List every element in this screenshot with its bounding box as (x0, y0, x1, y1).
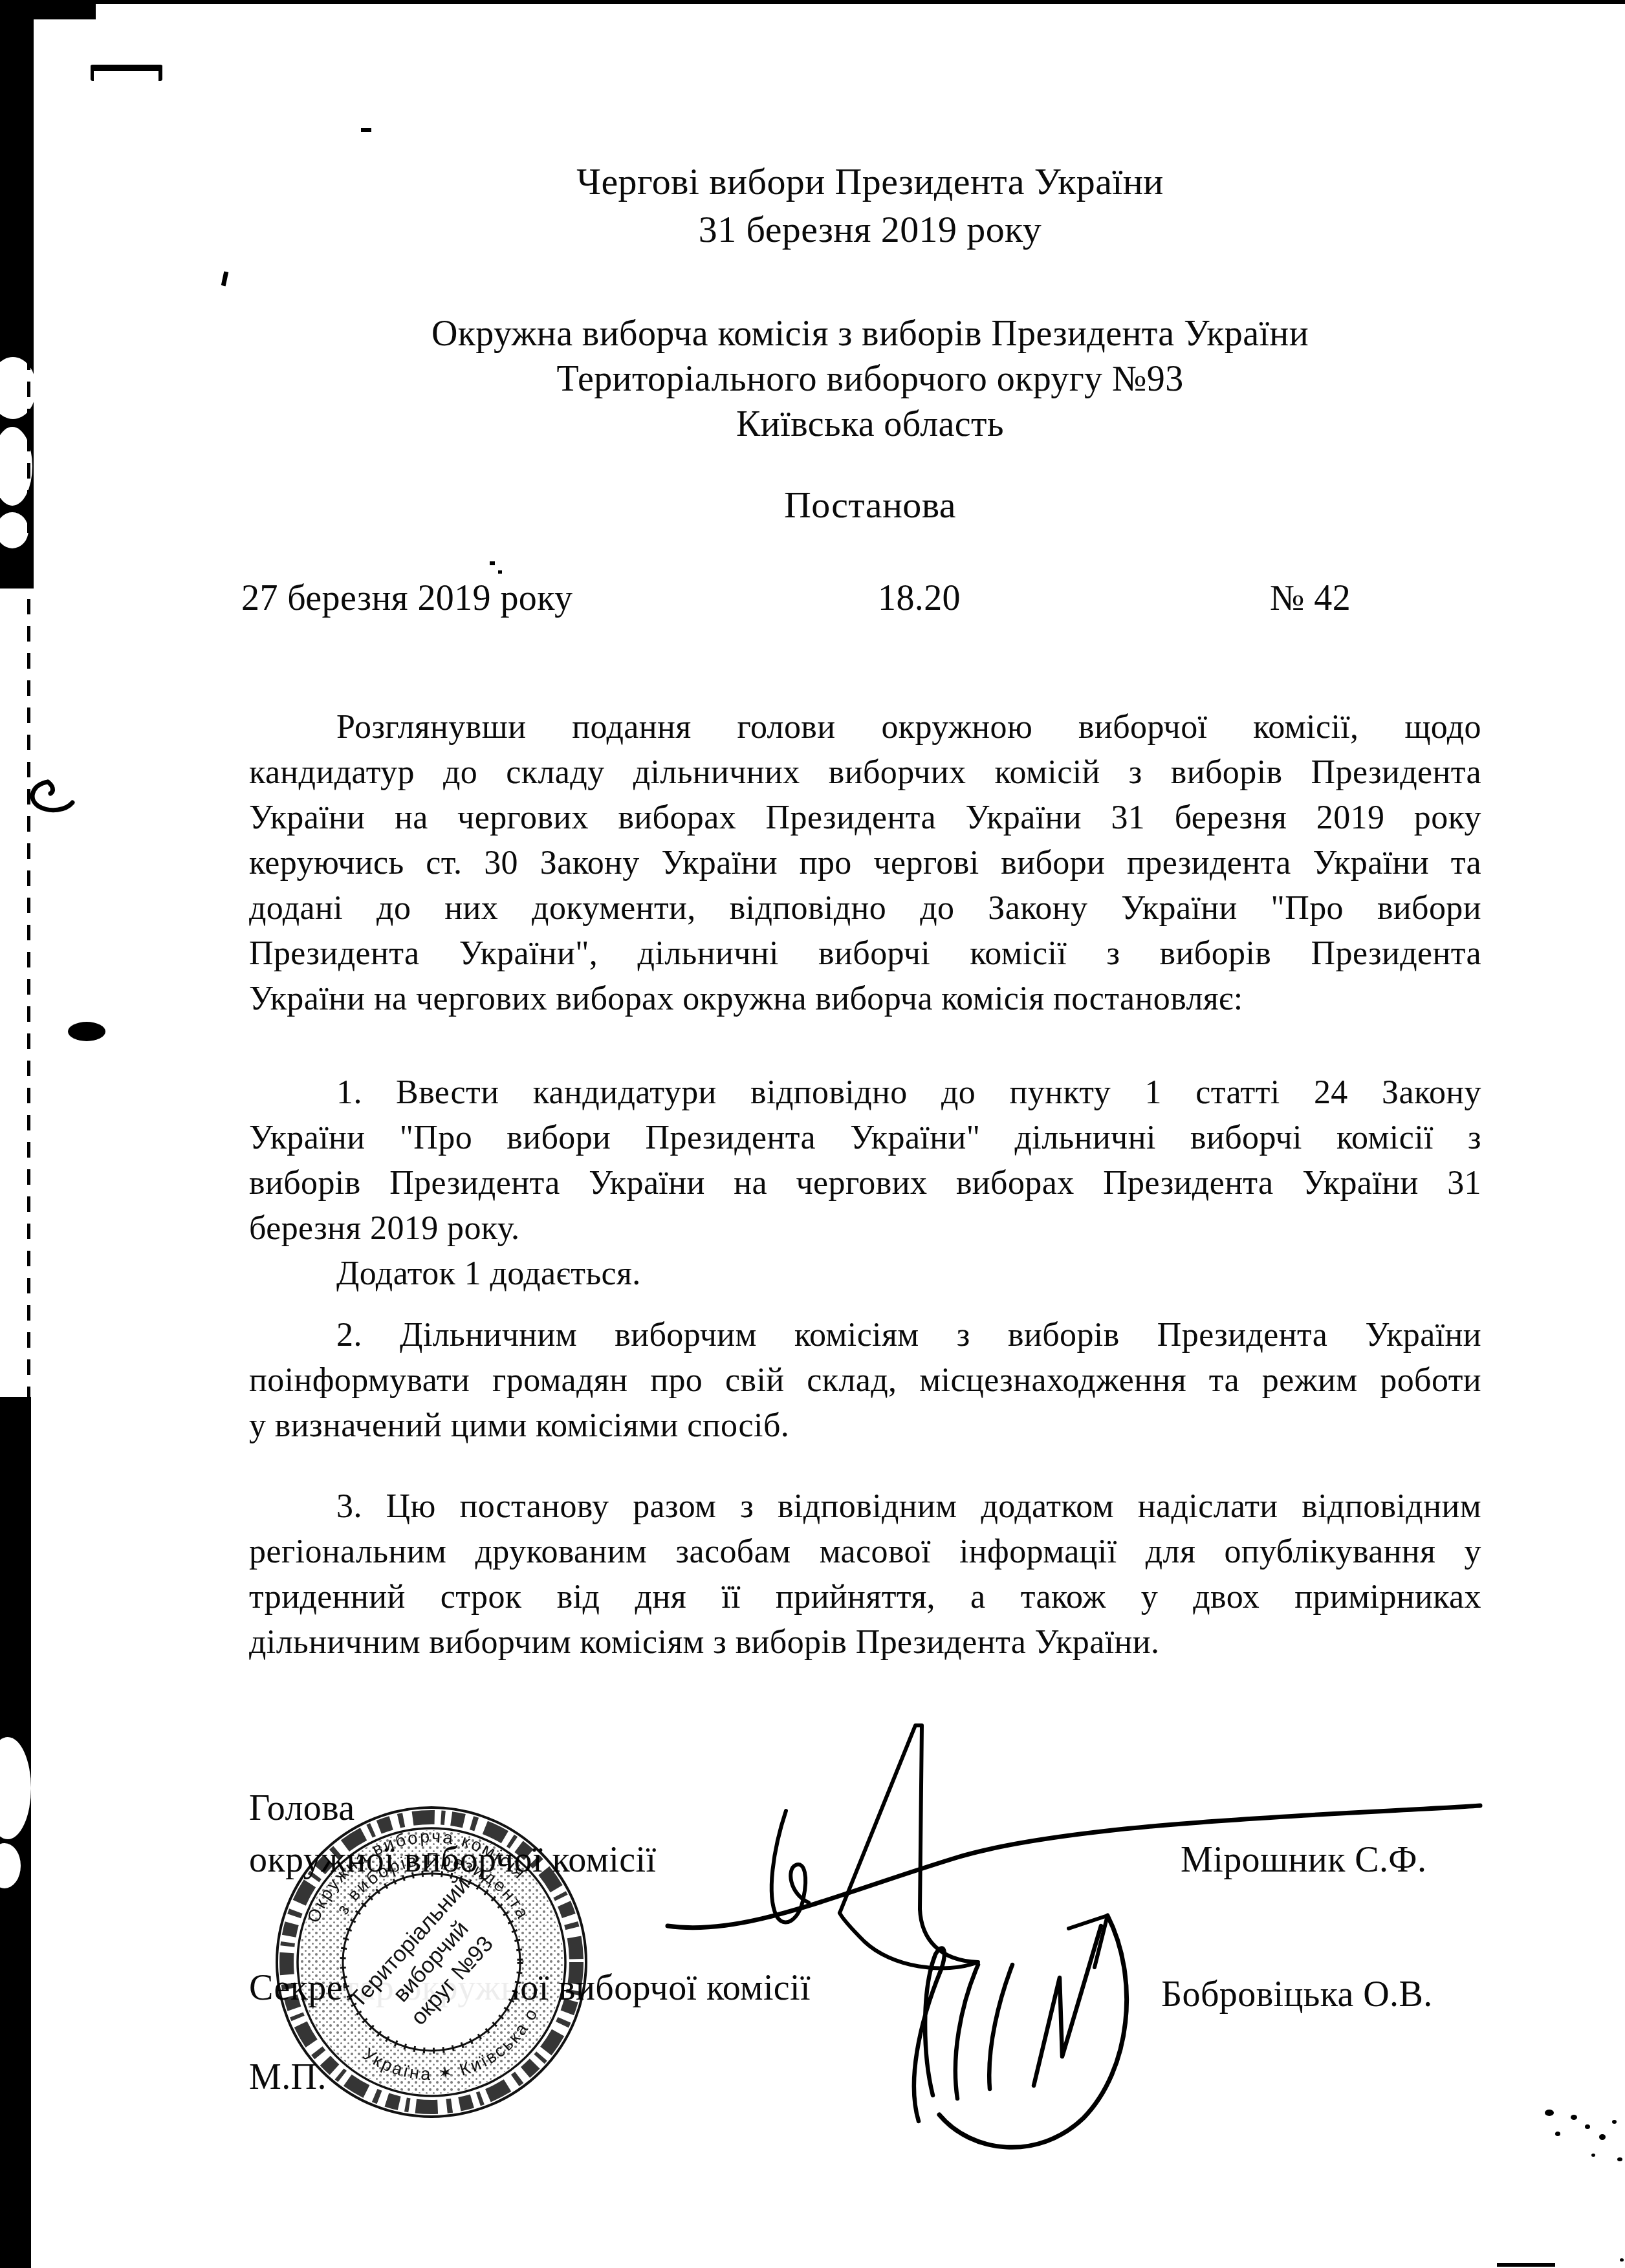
doc-time: 18.20 (878, 578, 961, 619)
scan-artifact-squiggle (26, 779, 78, 818)
scan-artifact-bottom-line (1497, 2263, 1555, 2267)
org-line-1: Окружна виборча комісія з виборів Презид… (249, 313, 1491, 354)
scan-artifact-speck-12 (1591, 2154, 1595, 2157)
doc-number: № 42 (1270, 578, 1351, 619)
item3-line-1: 3. Цю постанову разом з відповідним дода… (336, 1487, 1481, 1526)
scan-artifact-speck-3 (490, 561, 495, 565)
scan-artifact-speck-6 (1571, 2115, 1577, 2120)
para1-line-6: Президента України", дільничні виборчі к… (249, 934, 1481, 973)
item1-line-4: березня 2019 року. (249, 1209, 1481, 1248)
scan-artifact-speck-4 (498, 570, 502, 574)
para1-line-4: керуючись ст. 30 Закону України про черг… (249, 844, 1481, 883)
scan-artifact-speck-2 (221, 272, 228, 286)
scan-artifact-speck-7 (1585, 2124, 1590, 2129)
item1-line-3: виборів Президента України на чергових в… (249, 1164, 1481, 1203)
item1-line-1: 1. Ввести кандидатури відповідно до пунк… (336, 1074, 1481, 1112)
item3-line-3: триденний строк від дня її прийняття, а … (249, 1578, 1481, 1617)
scan-artifact-speck-10 (1555, 2132, 1560, 2136)
scan-artifact-top-edge (0, 0, 1625, 4)
scan-artifact-ink-blob (68, 1022, 105, 1041)
scan-artifact-bracket-mark (91, 65, 162, 81)
sig2-signature-scribble (893, 1895, 1171, 2160)
scan-artifact-speck-1 (361, 128, 371, 132)
item1-line-2: України "Про вибори Президента України" … (249, 1119, 1481, 1158)
doc-type-heading: Постанова (249, 484, 1491, 527)
item2-line-2: поінформувати громадян про свій склад, м… (249, 1361, 1481, 1400)
para1-line-5: додані до них документи, відповідно до З… (249, 889, 1481, 928)
scan-artifact-speck-5 (1545, 2110, 1554, 2116)
title-line-2: 31 березня 2019 року (249, 208, 1491, 252)
scan-artifact-left-dashed-line (27, 110, 30, 1400)
item2-line-3: у визначений цими комісіями спосіб. (249, 1407, 1481, 1445)
scan-artifact-speck-11 (1617, 2157, 1622, 2161)
scan-artifact-speck-13 (1620, 2258, 1624, 2262)
title-line-1: Чергові вибори Президента України (249, 160, 1491, 204)
doc-date: 27 березня 2019 року (241, 578, 573, 619)
org-line-2: Територіального виборчого округу №93 (249, 358, 1491, 400)
item3-line-4: дільничним виборчим комісіям з виборів П… (249, 1623, 1481, 1662)
para1-line-2: кандидатур до складу дільничних виборчих… (249, 753, 1481, 792)
org-line-3: Київська область (249, 404, 1491, 445)
para1-line-1: Розглянувши подання голови окружною вибо… (336, 708, 1481, 747)
para1-line-3: України на чергових виборах Президента У… (249, 799, 1481, 837)
item3-line-2: регіональним друкованим засобам масової … (249, 1533, 1481, 1571)
scan-artifact-speck-8 (1599, 2134, 1606, 2140)
scan-artifact-speck-9 (1612, 2120, 1617, 2124)
para1-line-7: України на чергових виборах окружна вибо… (249, 980, 1481, 1019)
scanned-document-page: Чергові вибори Президента України 31 бер… (0, 0, 1625, 2268)
item2-line-1: 2. Дільничним виборчим комісіям з виборі… (336, 1316, 1481, 1355)
commission-stamp: Окружна виборча комісія з виборів Презид… (272, 1803, 591, 2121)
item1-note: Додаток 1 додається. (336, 1255, 1481, 1293)
